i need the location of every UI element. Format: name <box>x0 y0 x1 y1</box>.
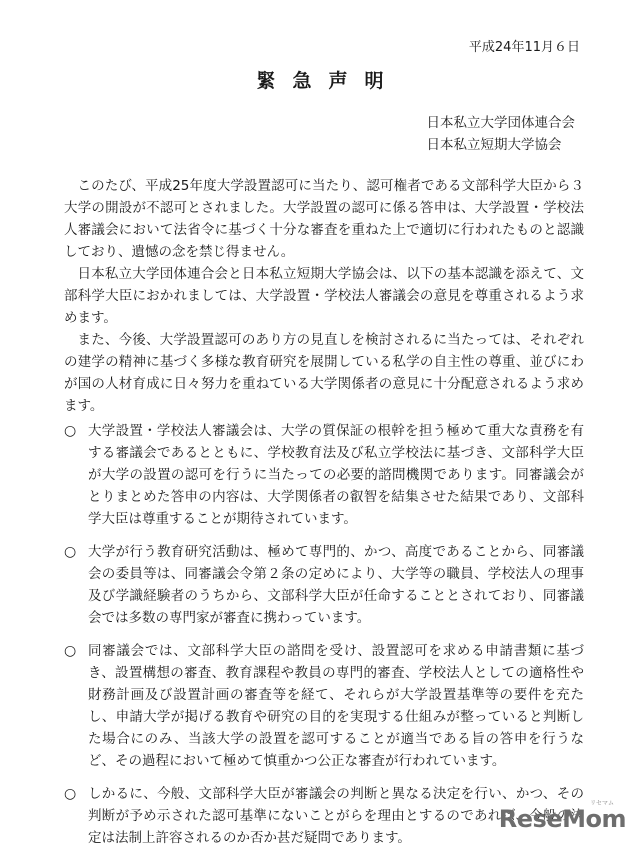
list-item-text: 大学設置・学校法人審議会は、大学の質保証の根幹を担う極めて重大な責務を有する審議… <box>88 420 584 530</box>
list-item-text: 大学が行う教育研究活動は、極めて専門的、かつ、高度であることから、同審議会の委員… <box>88 541 584 629</box>
document-title: 緊急声明 <box>0 66 640 93</box>
statement-body: このたび、平成25年度大学設置認可に当たり、認可権者である文部科学大臣から３大学… <box>64 175 584 417</box>
list-item: ○ 大学が行う教育研究活動は、極めて専門的、かつ、高度であることから、同審議会の… <box>64 541 584 629</box>
basic-recognition-list: ○ 大学設置・学校法人審議会は、大学の質保証の根幹を担う極めて重大な責務を有する… <box>64 420 584 847</box>
issuing-organizations: 日本私立大学団体連合会 日本私立短期大学協会 <box>427 112 576 156</box>
body-paragraph: 日本私立大学団体連合会と日本私立短期大学協会は、以下の基本認識を添えて、文部科学… <box>64 263 584 329</box>
body-paragraph: また、今後、大学設置認可のあり方の見直しを検討されるに当たっては、それぞれの建学… <box>64 329 584 417</box>
document-date: 平成24年11月６日 <box>469 36 580 55</box>
list-item: ○ 同審議会では、文部科学大臣の諮問を受け、設置認可を求める申請書類に基づき、設… <box>64 640 584 772</box>
list-item-text: 同審議会では、文部科学大臣の諮問を受け、設置認可を求める申請書類に基づき、設置構… <box>88 640 584 772</box>
organization-name: 日本私立大学団体連合会 <box>427 112 576 134</box>
logo-kana: リセマム <box>590 798 614 807</box>
list-item: ○ 大学設置・学校法人審議会は、大学の質保証の根幹を担う極めて重大な責務を有する… <box>64 420 584 530</box>
body-paragraph: このたび、平成25年度大学設置認可に当たり、認可権者である文部科学大臣から３大学… <box>64 175 584 263</box>
resemom-watermark-logo: リセマム ReseMom <box>499 805 626 833</box>
organization-name: 日本私立短期大学協会 <box>427 134 576 156</box>
logo-text: ReseMom <box>499 805 626 833</box>
